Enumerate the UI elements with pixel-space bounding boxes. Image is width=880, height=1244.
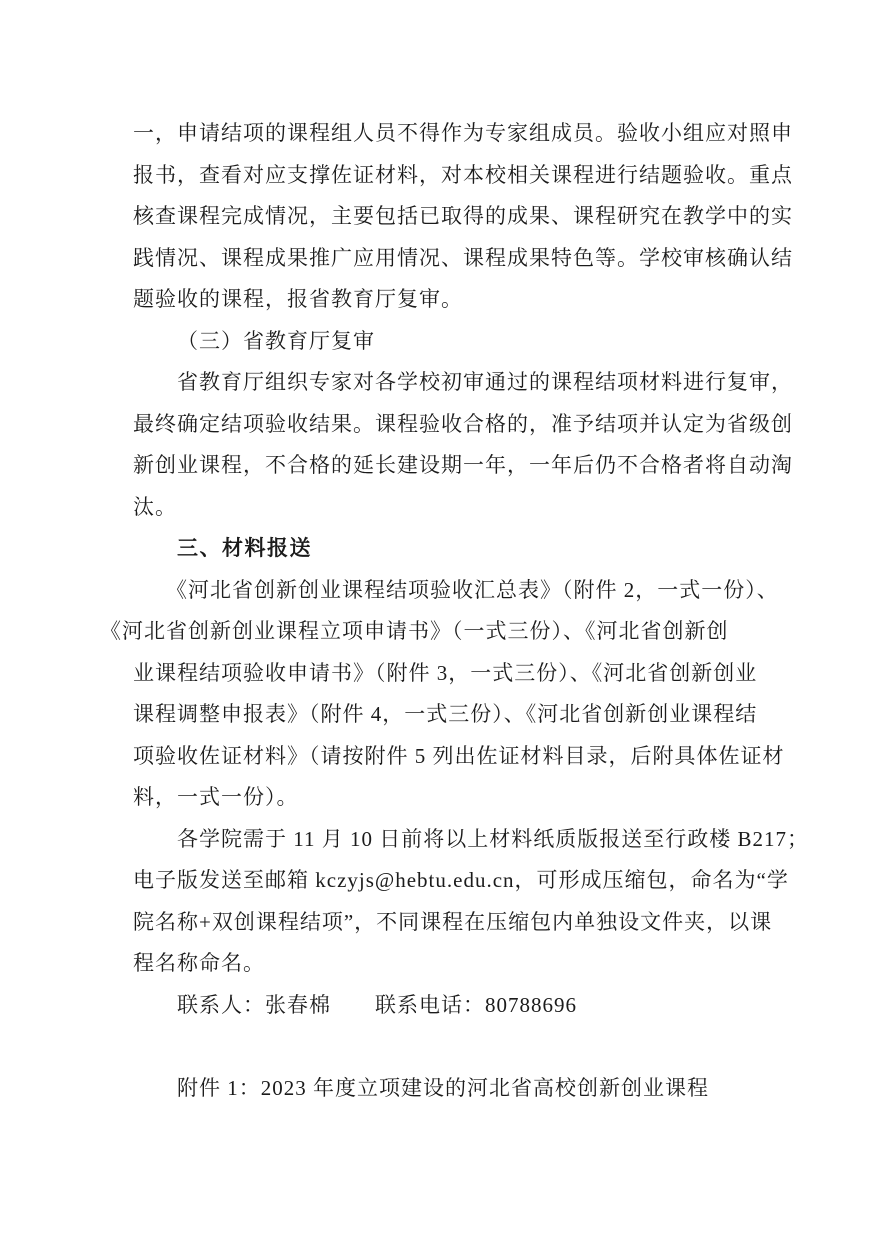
document-line: 电子版发送至邮箱 kczyjs@hebtu.edu.cn，可形成压缩包，命名为“…: [133, 860, 758, 902]
document-line: 课程调整申报表》（附件 4，一式三份）、《河北省创新创业课程结: [133, 694, 758, 736]
document-line: 题验收的课程，报省教育厅复审。: [133, 279, 758, 321]
document-line: 附件 1：2023 年度立项建设的河北省高校创新创业课程: [133, 1068, 758, 1110]
document-line: 最终确定结项验收结果。课程验收合格的，准予结项并认定为省级创: [133, 404, 758, 446]
document-line: 《河北省创新创业课程结项验收汇总表》（附件 2，一式一份）、: [133, 570, 758, 612]
document-page: 一，申请结项的课程组人员不得作为专家组成员。验收小组应对照申报书，查看对应支撑佐…: [0, 0, 880, 1244]
document-line: 新创业课程，不合格的延长建设期一年，一年后仍不合格者将自动淘: [133, 445, 758, 487]
document-line: 料，一式一份）。: [133, 777, 758, 819]
document-line: [133, 1026, 758, 1068]
document-line: 各学院需于 11 月 10 日前将以上材料纸质版报送至行政楼 B217；: [133, 819, 758, 861]
document-line: 践情况、课程成果推广应用情况、课程成果特色等。学校审核确认结: [133, 238, 758, 280]
document-line: 汰。: [133, 487, 758, 529]
section-heading: 三、材料报送: [133, 528, 758, 570]
document-line: 核查课程完成情况，主要包括已取得的成果、课程研究在教学中的实: [133, 196, 758, 238]
document-line: 业课程结项验收申请书》（附件 3，一式三份）、《河北省创新创业: [133, 653, 758, 695]
document-line: 院名称+双创课程结项”，不同课程在压缩包内单独设文件夹，以课: [133, 902, 758, 944]
document-line: 省教育厅组织专家对各学校初审通过的课程结项材料进行复审，: [133, 362, 758, 404]
document-line: 联系人：张春棉 联系电话：80788696: [133, 985, 758, 1027]
document-line: 一，申请结项的课程组人员不得作为专家组成员。验收小组应对照申: [133, 113, 758, 155]
document-line: （三）省教育厅复审: [133, 321, 758, 363]
document-line: 报书，查看对应支撑佐证材料，对本校相关课程进行结题验收。重点: [133, 155, 758, 197]
document-line: 《河北省创新创业课程立项申请书》（一式三份）、《河北省创新创: [133, 611, 758, 653]
document-line: 项验收佐证材料》（请按附件 5 列出佐证材料目录，后附具体佐证材: [133, 736, 758, 778]
document-text-block: 一，申请结项的课程组人员不得作为专家组成员。验收小组应对照申报书，查看对应支撑佐…: [133, 113, 758, 1109]
document-line: 程名称命名。: [133, 943, 758, 985]
